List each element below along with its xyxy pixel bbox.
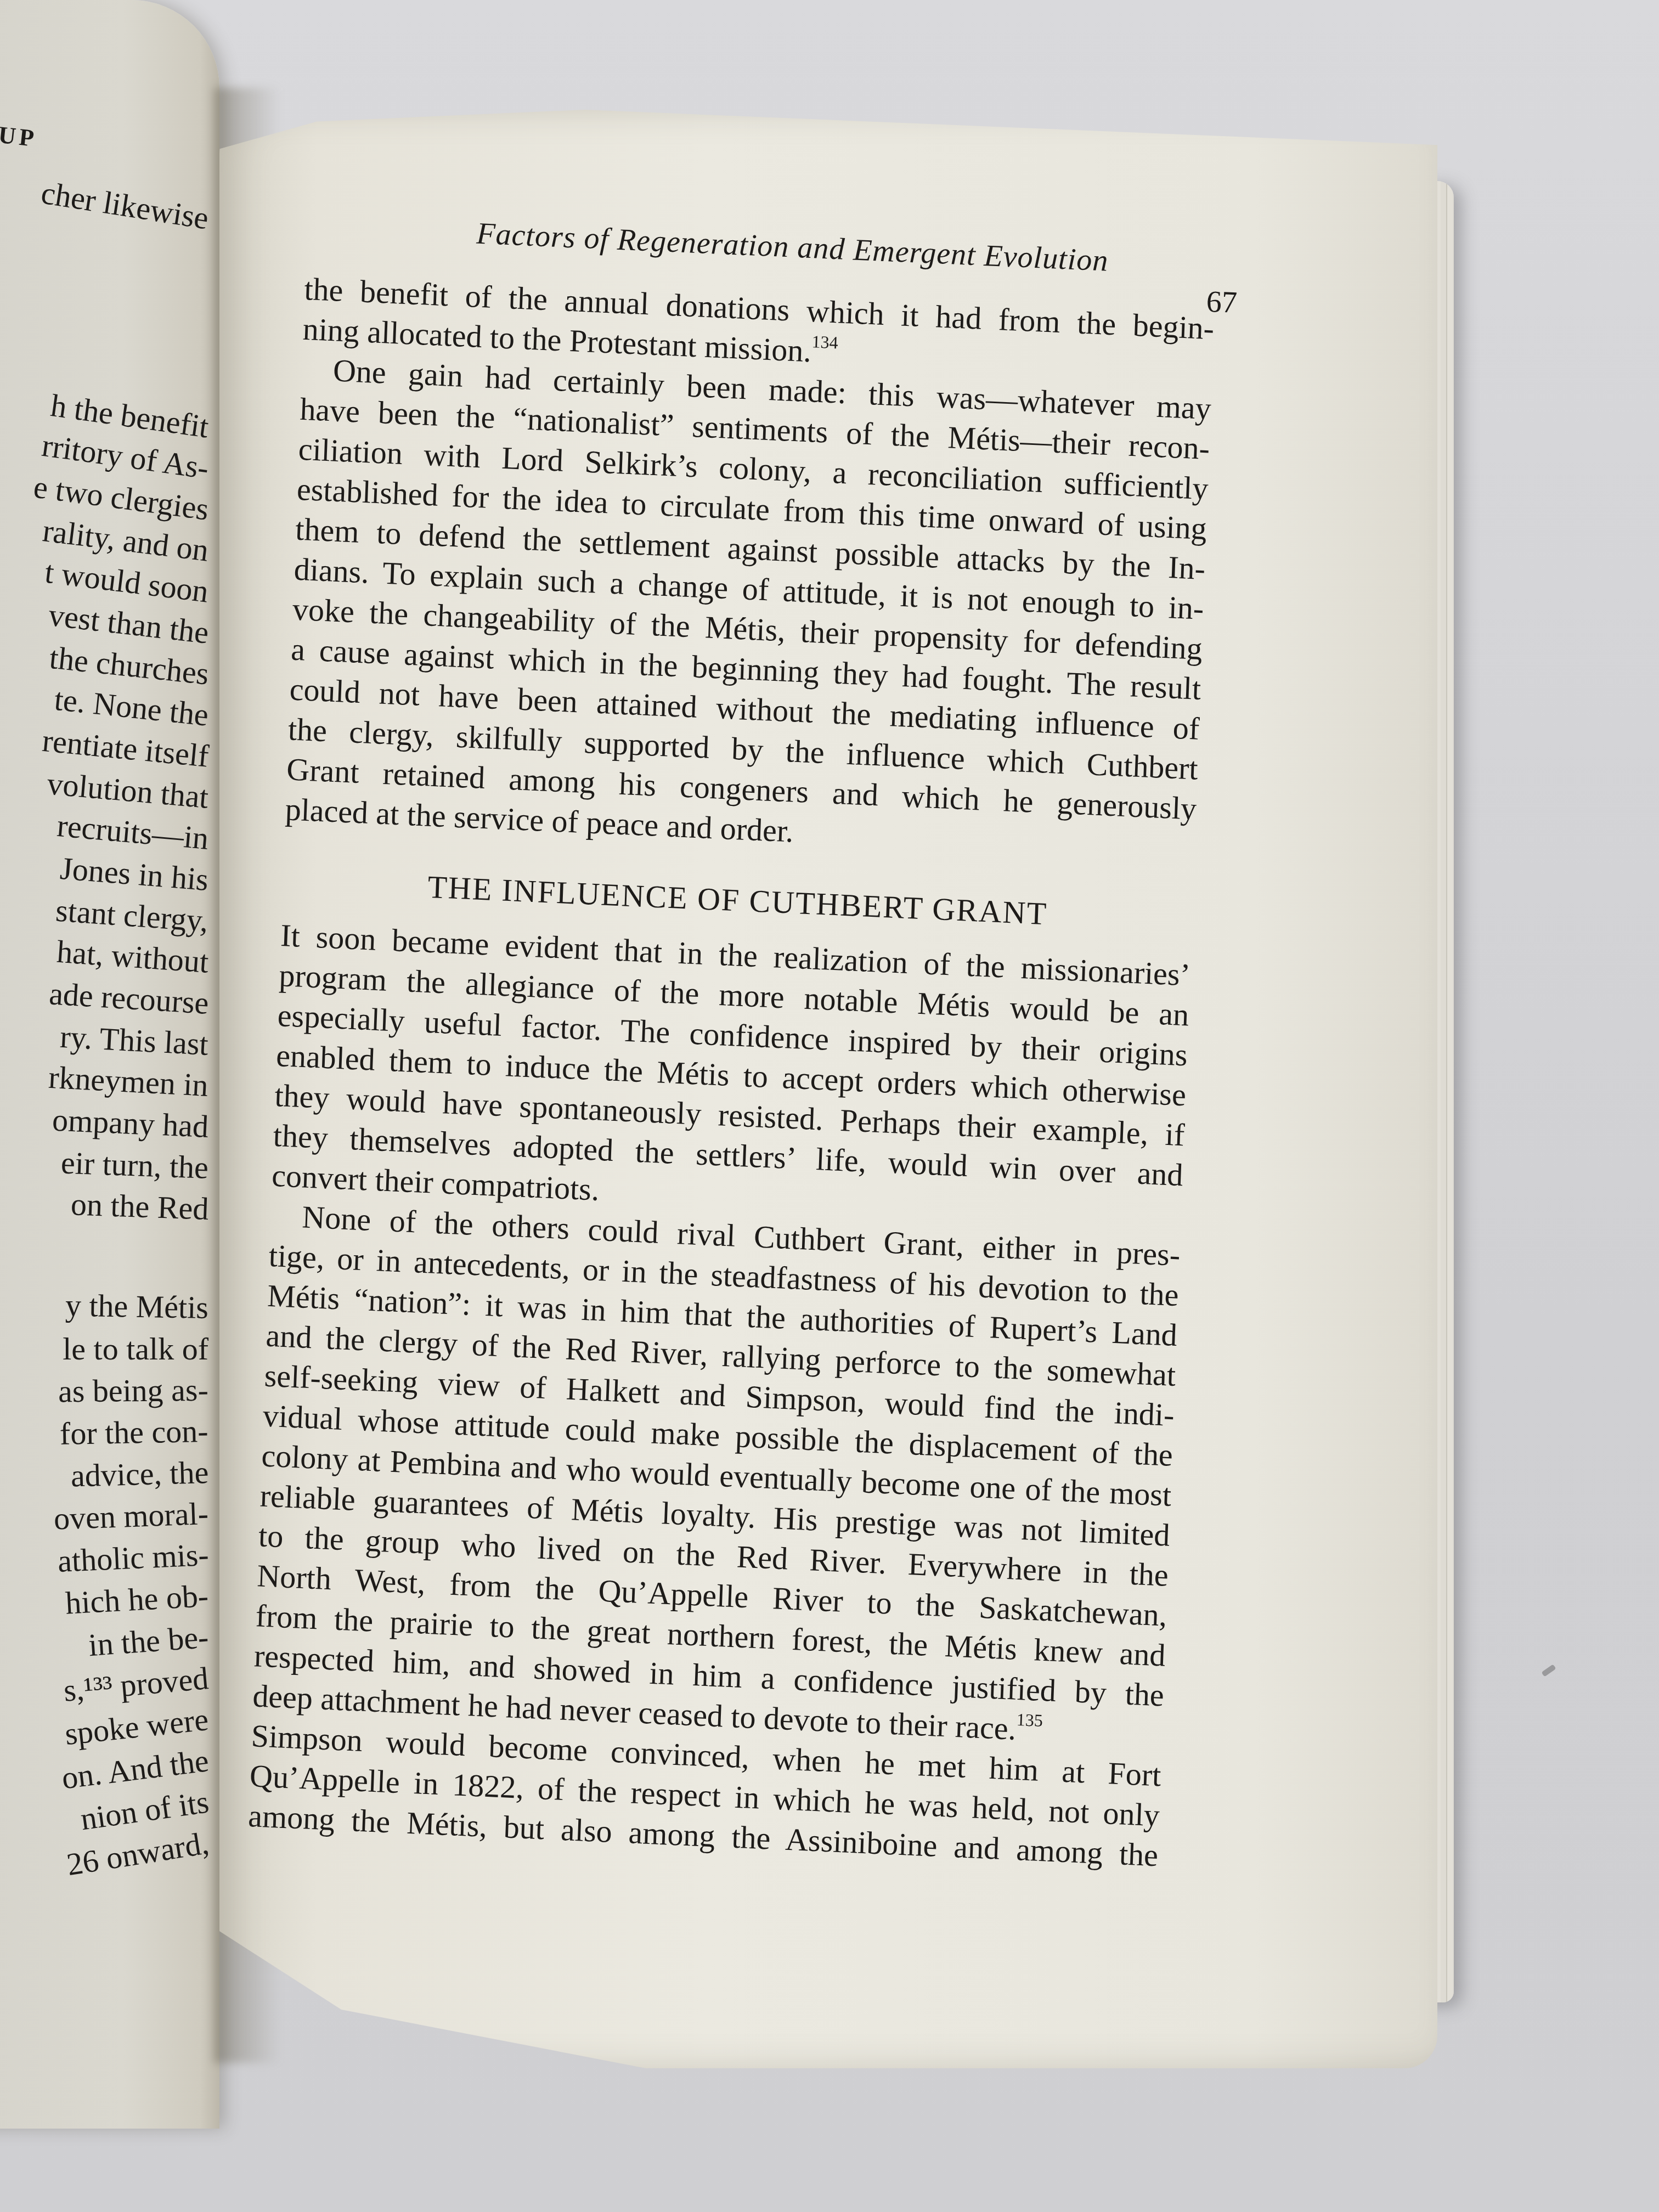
left-line: rkneymen in [48,1062,209,1102]
left-line: rentiate itself [41,725,210,772]
left-line: for the con- [60,1415,209,1450]
left-line: volution that [46,768,210,813]
left-line: eir turn, the [60,1147,209,1184]
left-line: on the Red [70,1188,209,1225]
paragraph: One gain had certainly been made: this w… [285,349,1234,870]
footnote-ref: 135 [1016,1709,1043,1730]
paragraph: It soon became evident that in the reali… [271,915,1213,1236]
left-line: Jones in his [59,853,210,896]
left-line: in the be- [87,1621,210,1661]
left-line: spoke were [64,1703,210,1750]
left-line: y the Métis [65,1289,209,1324]
left-line: oven moral- [53,1498,209,1535]
left-line: ompany had [52,1104,209,1143]
left-line: atholic mis- [57,1539,210,1577]
footnote-ref: 134 [811,331,838,352]
left-line: cher likewise [39,177,211,234]
left-line: advice, the [70,1457,209,1492]
page-number: 67 [1206,284,1238,320]
paragraph: None of the others could rival Cuthbert … [252,1195,1203,1757]
left-page: UP cher likewise h the benefit rritory o… [0,0,219,2129]
table-speck [1541,1664,1556,1677]
left-line: hat, without [56,936,210,978]
left-line: ade recourse [48,978,209,1019]
left-line: te. None the [53,684,210,731]
left-line: recruits—in [55,810,210,855]
left-line: le to talk of [63,1333,208,1365]
left-line: hich he ob- [65,1580,210,1620]
left-line: s,¹³³ proved [63,1662,210,1707]
left-running-head: UP [0,121,38,153]
left-line: stant clergy, [55,895,210,937]
page-67-content: Factors of Regeneration and Emergent Evo… [247,208,1239,1876]
left-line: ry. This last [59,1021,209,1060]
left-line: as being as- [58,1374,208,1407]
